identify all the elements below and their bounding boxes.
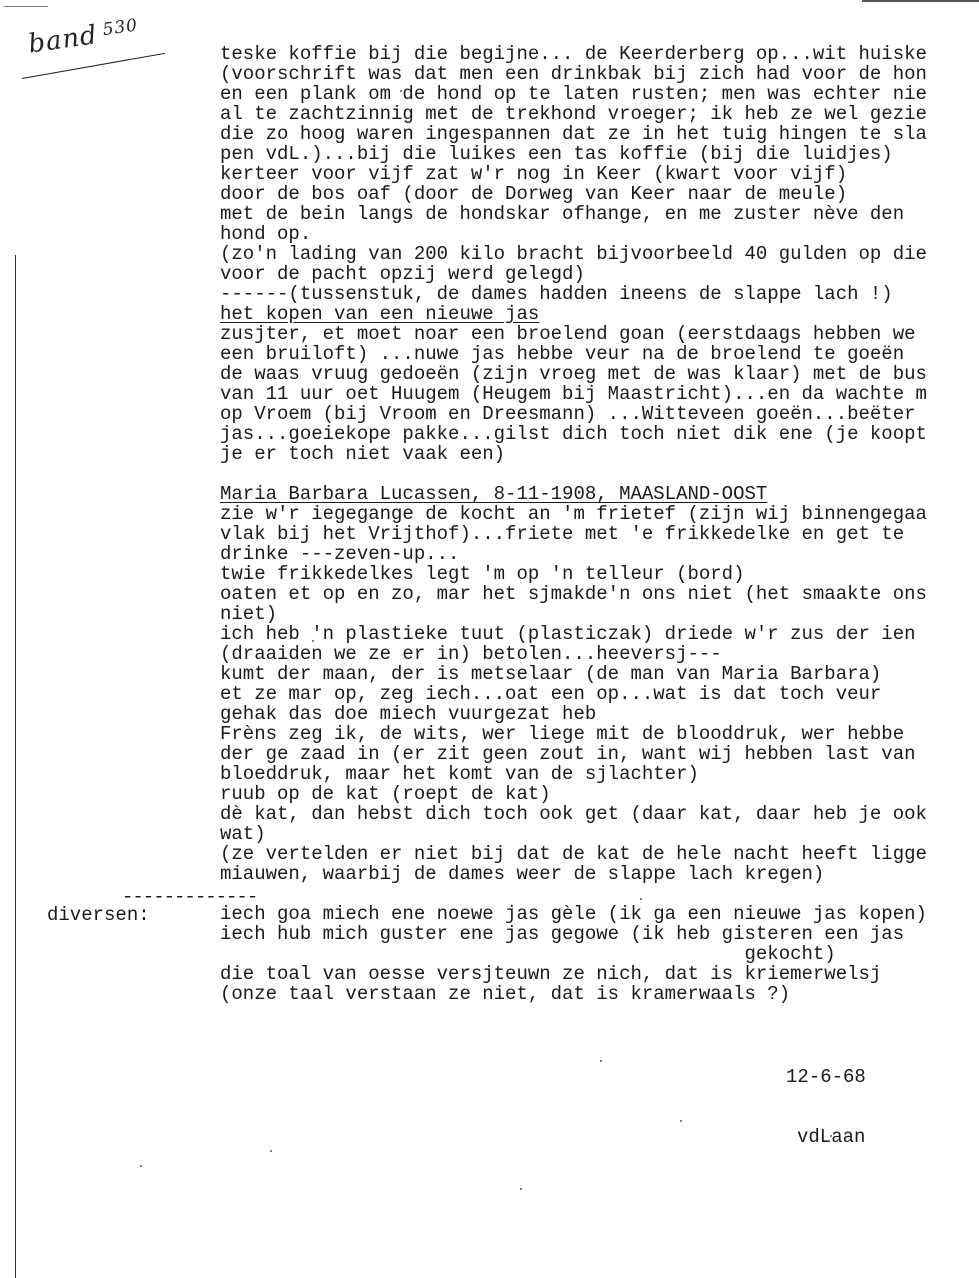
text-line bbox=[220, 464, 979, 484]
speck bbox=[827, 1140, 829, 1142]
text-line: zusjter, et moet noar een broelend goan … bbox=[220, 324, 979, 344]
diversen-line: iech goa miech ene noewe jas gèle (ik ga… bbox=[220, 904, 927, 924]
text-line: (zo'n lading van 200 kilo bracht bijvoor… bbox=[220, 244, 979, 264]
text-line: bloeddruk, maar het komt van de sjlachte… bbox=[220, 764, 979, 784]
text-line: niet) bbox=[220, 604, 979, 624]
text-line: drinke ---zeven-up... bbox=[220, 544, 979, 564]
text-line: oaten et op en zo, mar het sjmakde'n ons… bbox=[220, 584, 979, 604]
text-line: voor de pacht opzij werd gelegd) bbox=[220, 264, 979, 284]
diversen-label: diversen: bbox=[47, 904, 150, 926]
annotation-number: 530 bbox=[101, 15, 139, 40]
text-line: en een plank om de hond op te laten rust… bbox=[220, 84, 979, 104]
text-line: hond op. bbox=[220, 224, 979, 244]
text-line: die zo hoog waren ingespannen dat ze in … bbox=[220, 124, 979, 144]
text-line: dè kat, dan hebst dich toch ook get (daa… bbox=[220, 804, 979, 824]
text-line: Frèns zeg ik, de wits, wer liege mit de … bbox=[220, 724, 979, 744]
text-line: miauwen, waarbij de dames weer de slappe… bbox=[220, 864, 979, 884]
section-heading: Maria Barbara Lucassen, 8-11-1908, MAASL… bbox=[220, 484, 979, 504]
signature-block: 12-6-68 vdLaan bbox=[786, 1027, 866, 1167]
annotation-word: band bbox=[26, 20, 99, 59]
text-line: een bruiloft) ...nuwe jas hebbe veur na … bbox=[220, 344, 979, 364]
speck bbox=[270, 1150, 272, 1152]
text-line: door de bos oaf (door de Dorweg van Keer… bbox=[220, 184, 979, 204]
text-line: et ze mar op, zeg iech...oat een op...wa… bbox=[220, 684, 979, 704]
text-line: ruub op de kat (roept de kat) bbox=[220, 784, 979, 804]
text-line: je er toch niet vaak een) bbox=[220, 444, 979, 464]
transcript-body: teske koffie bij die begijne... de Keerd… bbox=[220, 44, 979, 884]
diversen-block: iech goa miech ene noewe jas gèle (ik ga… bbox=[220, 904, 927, 1004]
speck bbox=[640, 898, 642, 900]
text-line: gehak das doe miech vuurgezat heb bbox=[220, 704, 979, 724]
text-line: wat) bbox=[220, 824, 979, 844]
speck bbox=[600, 1060, 602, 1062]
text-line: de waas vruug gedoeën (zijn vroeg met de… bbox=[220, 364, 979, 384]
text-line: (voorschrift was dat men een drinkbak bi… bbox=[220, 64, 979, 84]
text-line: der ge zaad in (er zit geen zout in, wan… bbox=[220, 744, 979, 764]
text-line: van 11 uur oet Huugem (Heugem bij Maastr… bbox=[220, 384, 979, 404]
text-line: met de bein langs de hondskar ofhange, e… bbox=[220, 204, 979, 224]
speck bbox=[680, 1120, 682, 1122]
diversen-line: die toal van oesse versjteuwn ze nich, d… bbox=[220, 964, 927, 984]
speck bbox=[830, 1135, 832, 1137]
text-line: (ze vertelden er niet bij dat de kat de … bbox=[220, 844, 979, 864]
speck bbox=[400, 90, 402, 92]
text-line: kerteer voor vijf zat w'r nog in Keer (k… bbox=[220, 164, 979, 184]
diversen-line: iech hub mich guster ene jas gegowe (ik … bbox=[220, 924, 927, 944]
diversen-line: gekocht) bbox=[220, 944, 927, 964]
text-line: (draaiden we ze er in) betolen...heevers… bbox=[220, 644, 979, 664]
text-line: al te zachtzinnig met de trekhond vroege… bbox=[220, 104, 979, 124]
text-line: ich heb 'n plastieke tuut (plasticzak) d… bbox=[220, 624, 979, 644]
diversen-line: (onze taal verstaan ze niet, dat is kram… bbox=[220, 984, 927, 1004]
signature-name: vdLaan bbox=[786, 1127, 866, 1147]
speck bbox=[140, 1165, 142, 1167]
speck bbox=[520, 1188, 522, 1190]
text-line: jas...goeiekope pakke...gilst dich toch … bbox=[220, 424, 979, 444]
text-line: pen vdL.)...bij die luikes een tas koffi… bbox=[220, 144, 979, 164]
text-line: zie w'r iegegange de kocht an 'm frietef… bbox=[220, 504, 979, 524]
page-edge-line bbox=[15, 255, 16, 1278]
text-line: twie frikkedelkes legt 'm op 'n telleur … bbox=[220, 564, 979, 584]
text-line: kumt der maan, der is metselaar (de man … bbox=[220, 664, 979, 684]
handwritten-annotation: band530 bbox=[26, 14, 140, 59]
top-left-rule bbox=[4, 6, 48, 7]
signature-date: 12-6-68 bbox=[786, 1067, 866, 1087]
text-line: vlak bij het Vrijthof)...friete met 'e f… bbox=[220, 524, 979, 544]
text-line: ------(tussenstuk, de dames hadden ineen… bbox=[220, 284, 979, 304]
top-right-rule bbox=[862, 0, 979, 2]
speck bbox=[312, 640, 314, 642]
text-line: teske koffie bij die begijne... de Keerd… bbox=[220, 44, 979, 64]
text-line: op Vroem (bij Vroom en Dreesmann) ...Wit… bbox=[220, 404, 979, 424]
section-heading: het kopen van een nieuwe jas bbox=[220, 304, 979, 324]
